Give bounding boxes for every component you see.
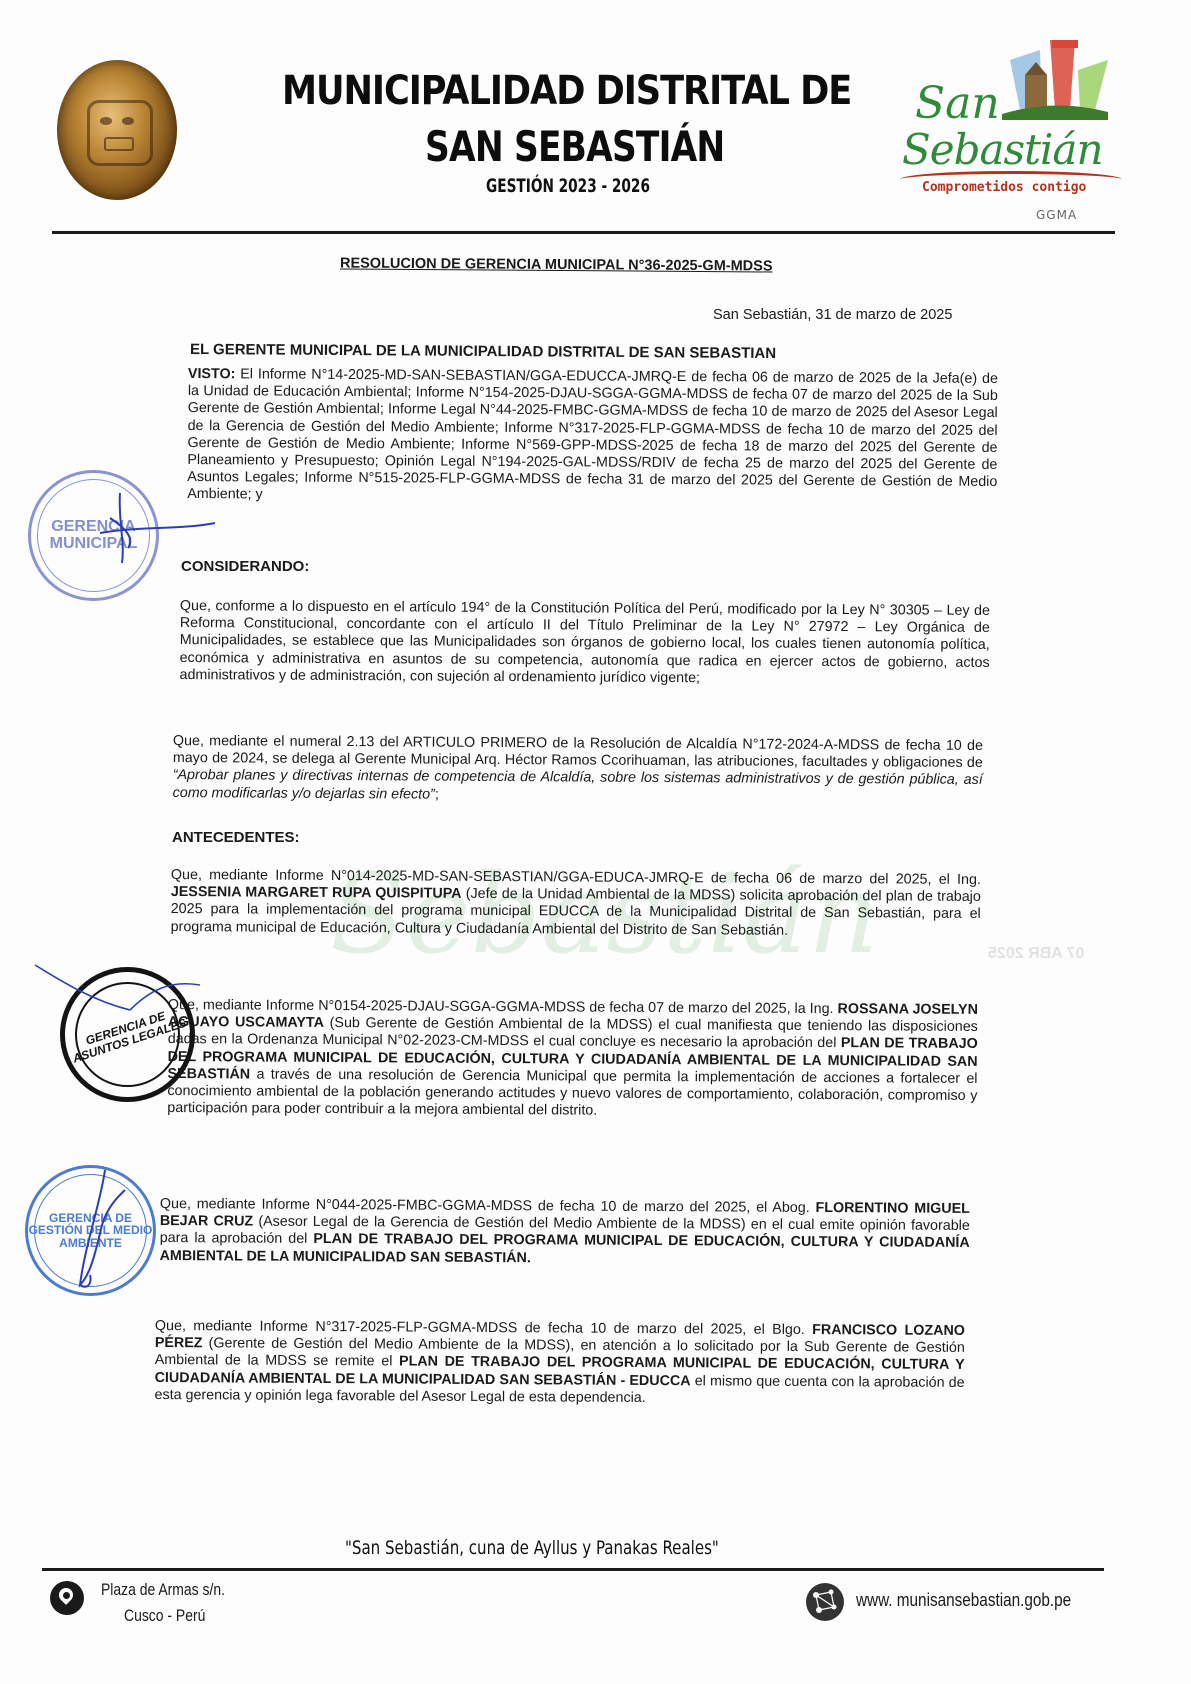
- antecedentes-heading: ANTECEDENTES:: [172, 829, 300, 846]
- stamp-gerencia-municipal: GERENCIA MUNICIPAL: [28, 470, 159, 601]
- antecedente-paragraph-3: Que, mediante Informe N°044-2025-FMBC-GG…: [160, 1196, 970, 1270]
- visto-label: VISTO:: [188, 366, 236, 382]
- footer-divider: [42, 1568, 1104, 1571]
- visto-text: El Informe N°14-2025-MD-SAN-SEBASTIAN/GG…: [187, 366, 998, 503]
- location-pin-icon: [50, 1581, 84, 1615]
- header-divider: [52, 231, 1115, 234]
- stamp-center-text: GERENCIA MUNICIPAL: [31, 519, 156, 553]
- san-sebastian-brand-logo: San Sebastián Comprometidos contigo: [900, 40, 1140, 210]
- institution-name-line1: MUNICIPALIDAD DISTRITAL DE: [282, 68, 851, 114]
- document-page: Sebastián 07 ABR 2025 MUNICIPALIDAD DIST…: [0, 0, 1191, 1684]
- church-skyline-icon: [1000, 40, 1110, 120]
- issuer-heading: EL GERENTE MUNICIPAL DE LA MUNICIPALIDAD…: [190, 341, 776, 362]
- antecedente-paragraph-1: Que, mediante Informe N°014-2025-MD-SAN-…: [171, 867, 981, 941]
- stamp-asuntos-legales: GERENCIA DE ASUNTOS LEGALES: [60, 967, 195, 1102]
- institution-name-line2: SAN SEBASTIÁN: [425, 122, 724, 171]
- management-period: GESTIÓN 2023 - 2026: [486, 175, 650, 197]
- stamp-gestion-medio-ambiente: GERENCIA DE GESTIÓN DEL MEDIO AMBIENTE: [25, 1165, 156, 1296]
- person-name: JESSENIA MARGARET RUPA QUISPITUPA: [171, 884, 462, 902]
- considerando-paragraph-2: Que, mediante el numeral 2.13 del ARTICU…: [173, 733, 983, 807]
- inca-sun-seal-logo: [57, 60, 177, 200]
- delegation-quote: “Aprobar planes y directivas internas de…: [173, 767, 983, 802]
- received-stamp-ghost: 07 ABR 2025: [988, 945, 1084, 963]
- seal-face-icon: [87, 100, 153, 166]
- stamp-center-text: GERENCIA DE GESTIÓN DEL MEDIO AMBIENTE: [28, 1212, 153, 1250]
- considerando-paragraph-1: Que, conforme a lo dispuesto en el artíc…: [179, 598, 990, 689]
- document-date: San Sebastián, 31 de marzo de 2025: [713, 307, 952, 323]
- globe-network-icon: [806, 1583, 844, 1621]
- website-link[interactable]: www. munisansebastian.gob.pe: [856, 1590, 1071, 1611]
- footer-motto: "San Sebastián, cuna de Ayllus y Panakas…: [345, 1537, 719, 1559]
- brand-tagline: Comprometidos contigo: [922, 180, 1086, 195]
- handwritten-note: GGMA: [1036, 208, 1077, 222]
- brand-word-sebastian: Sebastián: [902, 125, 1103, 174]
- address-line1: Plaza de Armas s/n.: [101, 1580, 225, 1600]
- brand-word-san: San: [915, 78, 1000, 129]
- considerando-heading: CONSIDERANDO:: [181, 558, 309, 575]
- resolution-title: RESOLUCION DE GERENCIA MUNICIPAL N°36-20…: [340, 255, 773, 274]
- visto-paragraph: VISTO: El Informe N°14-2025-MD-SAN-SEBAS…: [187, 366, 998, 509]
- antecedente-paragraph-2: Que, mediante Informe N°0154-2025-DJAU-S…: [167, 997, 978, 1122]
- address-line2: Cusco - Perú: [124, 1606, 205, 1626]
- antecedente-paragraph-4: Que, mediante Informe N°317-2025-FLP-GGM…: [154, 1318, 965, 1409]
